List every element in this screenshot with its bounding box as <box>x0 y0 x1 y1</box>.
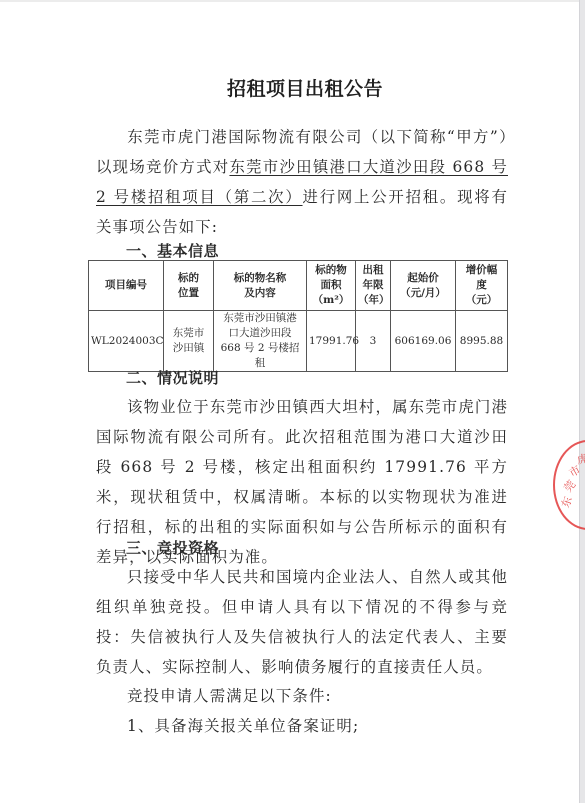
section-heading-qualification: 三、竞投资格 <box>126 537 219 558</box>
cell-start-price: 606169.06 <box>391 311 456 372</box>
cell-name: 东莞市沙田镇港口大道沙田段668 号 2 号楼招租 <box>214 311 307 372</box>
header-location: 标的位置 <box>164 261 214 311</box>
conditions-intro: 竞投申请人需满足以下条件: <box>96 681 508 711</box>
table-row: WL2024003C 东莞市沙田镇 东莞市沙田镇港口大道沙田段668 号 2 号… <box>89 311 508 372</box>
section-heading-basic-info: 一、基本信息 <box>126 240 219 261</box>
cell-term: 3 <box>356 311 391 372</box>
header-increment: 增价幅度（元） <box>456 261 508 311</box>
header-term: 出租年限（年） <box>356 261 391 311</box>
header-project-no: 项目编号 <box>89 261 164 311</box>
document-page: 招租项目出租公告 东莞市虎门港国际物流有限公司（以下简称“甲方”）以现场竞价方式… <box>0 0 579 803</box>
header-area: 标的物面积（m²） <box>307 261 356 311</box>
basic-info-table: 项目编号 标的位置 标的物名称及内容 标的物面积（m²） 出租年限（年） 起始价… <box>88 260 508 372</box>
cell-project-no: WL2024003C <box>89 311 164 372</box>
cell-location: 东莞市沙田镇 <box>164 311 214 372</box>
cell-area: 17991.76 <box>307 311 356 372</box>
document-title: 招租项目出租公告 <box>0 74 585 101</box>
qualification-paragraph: 只接受中华人民共和国境内企业法人、自然人或其他组织单独竞投。但申请人具有以下情况… <box>96 562 508 682</box>
table-header-row: 项目编号 标的位置 标的物名称及内容 标的物面积（m²） 出租年限（年） 起始价… <box>89 261 508 311</box>
header-start-price: 起始价（元/月） <box>391 261 456 311</box>
company-seal-stamp: 东 莞 市 虎 <box>553 440 585 530</box>
intro-paragraph: 东莞市虎门港国际物流有限公司（以下简称“甲方”）以现场竞价方式对东莞市沙田镇港口… <box>96 122 508 242</box>
cell-increment: 8995.88 <box>456 311 508 372</box>
condition-item: 1、具备海关报关单位备案证明; <box>96 711 508 741</box>
header-name: 标的物名称及内容 <box>214 261 307 311</box>
section-heading-situation: 二、情况说明 <box>126 367 219 388</box>
scrollbar[interactable] <box>579 0 585 803</box>
